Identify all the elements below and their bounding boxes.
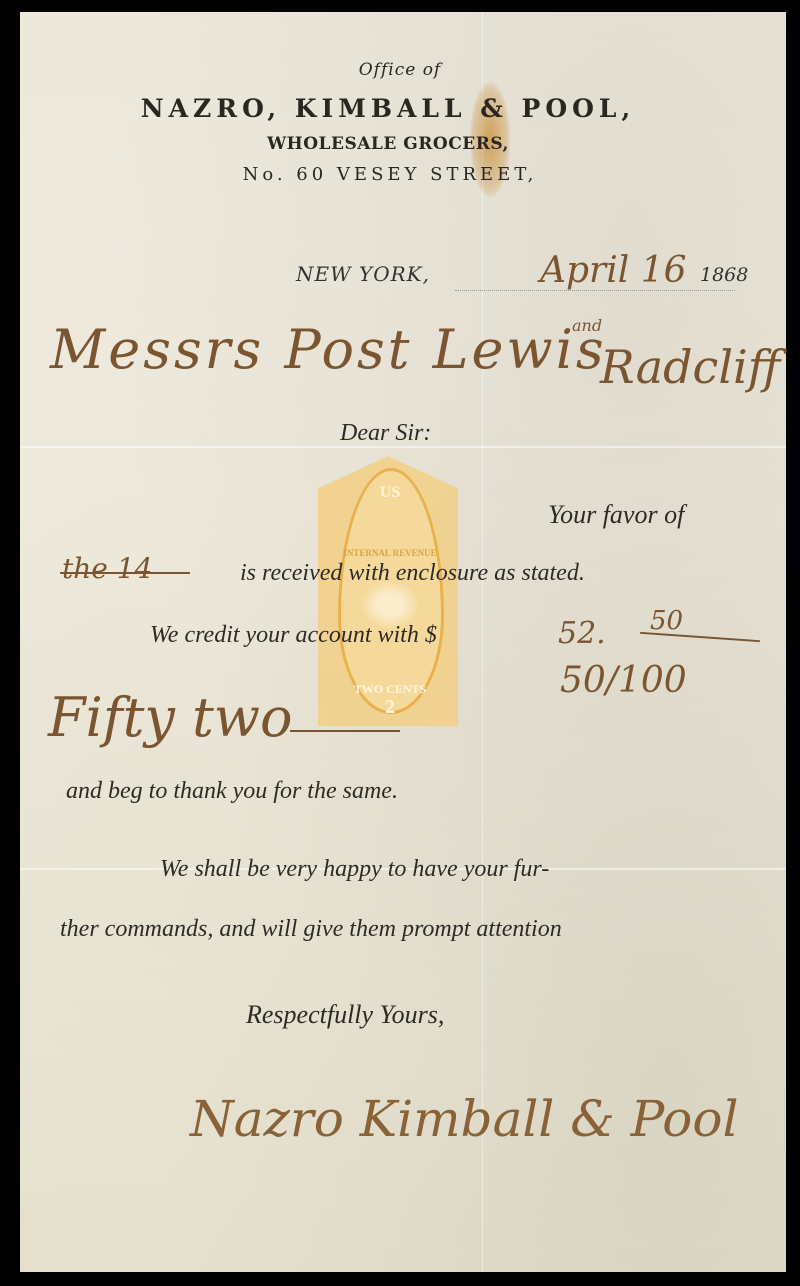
struck-reference: the 14	[62, 552, 152, 585]
stamp-us-label: US	[370, 484, 410, 502]
body-line-1: Your favor of	[548, 500, 684, 530]
body-line-4: and beg to thank you for the same.	[66, 778, 398, 805]
body-line-3: We credit your account with $	[150, 622, 437, 649]
firm-name: NAZRO, KIMBALL & POOL,	[0, 94, 788, 123]
struck-amount: 52.	[558, 616, 606, 651]
recipient-and: and	[572, 316, 602, 335]
salutation: Dear Sir:	[340, 420, 431, 447]
recipient-name: Messrs Post Lewis	[50, 318, 607, 381]
date-year: 1868	[700, 264, 748, 286]
address: No. 60 VESEY STREET,	[0, 164, 790, 185]
body-line-5: We shall be very happy to have your fur-	[160, 856, 549, 883]
body-line-6: ther commands, and will give them prompt…	[60, 916, 562, 943]
body-line-2: is received with enclosure as stated.	[240, 560, 585, 587]
signature: Nazro Kimball & Pool	[190, 1090, 738, 1148]
stamp-denomination: TWO CENTS	[330, 682, 450, 697]
amount-fraction: 50/100	[560, 660, 687, 701]
amount-correction: 50	[650, 606, 683, 636]
dateline-place: NEW YORK,	[296, 262, 430, 286]
trade-label: WHOLESALE GROCERS,	[0, 134, 788, 154]
office-of-label: Office of	[0, 60, 800, 80]
closing: Respectfully Yours,	[246, 1000, 444, 1030]
vertical-fold	[482, 12, 483, 1272]
recipient-second-name: Radcliff	[600, 340, 780, 394]
handwritten-date: April 16	[540, 250, 687, 291]
stamp-numeral: 2	[370, 696, 410, 719]
strikethrough	[290, 730, 400, 732]
strikethrough	[60, 572, 190, 574]
stamp-arc-text: INTERNAL REVENUE	[340, 548, 440, 558]
amount-in-words: Fifty two	[48, 686, 293, 749]
